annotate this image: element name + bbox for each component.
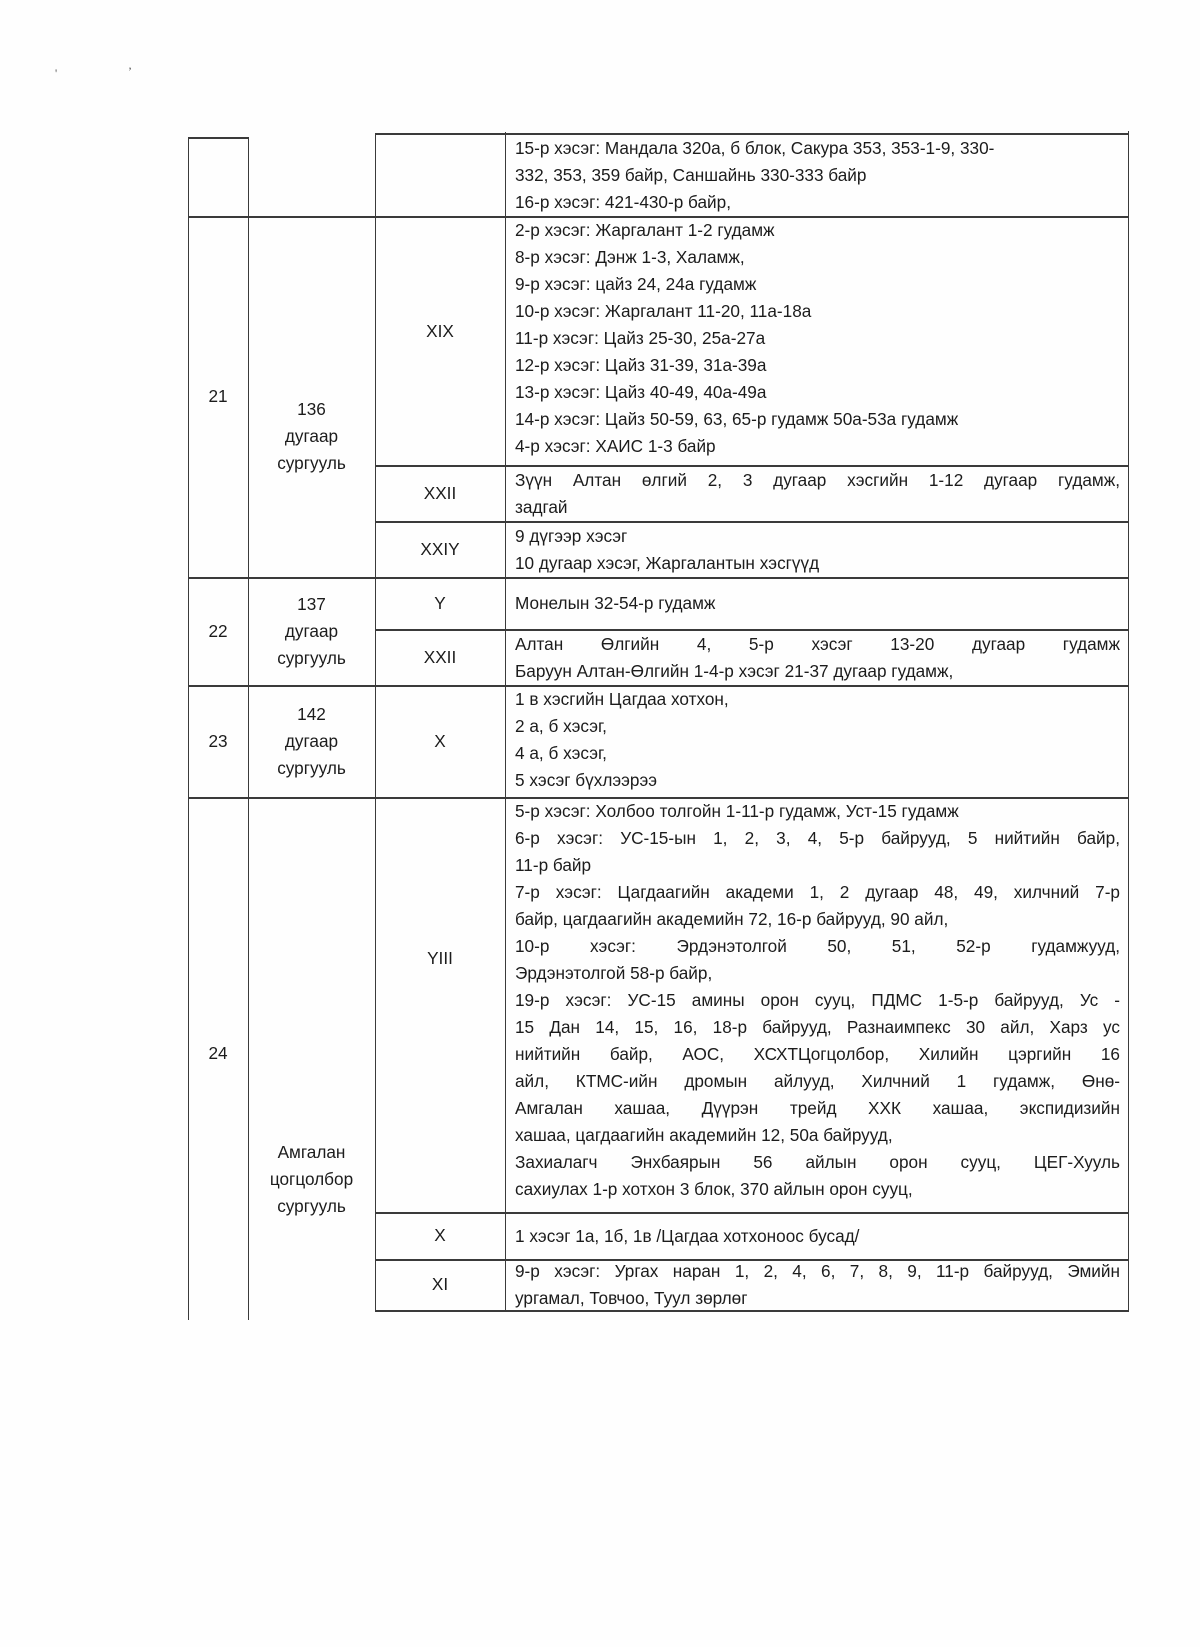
address-list-cell: Монелын 32-54-р гудамж [505, 577, 1128, 629]
zone-code: XXIY [420, 536, 459, 563]
address-line: 16-р хэсэг: 421-430-р байр, [515, 189, 1120, 216]
address-line: 11-р хэсэг: Цайз 25-30, 25а-27а [515, 325, 1120, 352]
address-line: Баруун Алтан-Өлгийн 1-4-р хэсэг 21-37 ду… [515, 658, 1120, 685]
address-line: Захиалагч Энхбаярын 56 айлын орон сууц, … [515, 1149, 1120, 1176]
row-number-cell: 24 [188, 797, 248, 1310]
address-line: нийтийн байр, АОС, ХСХТЦогцолбор, Хилийн… [515, 1041, 1120, 1068]
address-list-cell: 9-р хэсэг: Ургах наран 1, 2, 4, 6, 7, 8,… [505, 1259, 1128, 1310]
address-list-cell: 5-р хэсэг: Холбоо толгойн 1-11-р гудамж,… [505, 797, 1128, 1212]
address-line: 7-р хэсэг: Цагдаагийн академи 1, 2 дугаа… [515, 879, 1120, 906]
zone-code-cell: XIX [375, 216, 505, 465]
school-name-line: сургууль [277, 755, 346, 782]
scanned-document-page: ' ’ 15-р хэсэг: Мандала 320а, б блок, Са… [0, 0, 1200, 1647]
address-list-cell: 2-р хэсэг: Жаргалант 1-2 гудамж8-р хэсэг… [505, 216, 1128, 465]
address-line: 11-р байр [515, 852, 1120, 879]
zone-code: XI [432, 1271, 448, 1298]
zone-code: X [434, 728, 445, 755]
zone-code-cell: XXII [375, 465, 505, 521]
zone-code-cell: X [375, 1212, 505, 1259]
address-list-cell: Алтан Өлгийн 4, 5-р хэсэг 13-20 дугаар г… [505, 629, 1128, 685]
zone-code: XXII [424, 480, 456, 507]
address-line: задгай [515, 494, 1120, 521]
school-name-line: цогцолбор [270, 1166, 353, 1193]
zone-code-cell: XI [375, 1259, 505, 1310]
address-list-cell: 1 в хэсгийн Цагдаа хотхон,2 а, б хэсэг,4… [505, 685, 1128, 797]
zone-code: XIX [426, 318, 454, 345]
address-line: Амгалан хашаа, Дүүрэн трейд ХХК хашаа, э… [515, 1095, 1120, 1122]
address-line: ургамал, Товчоо, Туул зөрлөг [515, 1285, 1120, 1312]
address-line: 1 в хэсгийн Цагдаа хотхон, [515, 686, 1120, 713]
address-line: 2 а, б хэсэг, [515, 713, 1120, 740]
scan-artifact-mark: ' [55, 66, 57, 81]
school-name-line: сургууль [277, 1193, 346, 1220]
address-line: 13-р хэсэг: Цайз 40-49, 40а-49а [515, 379, 1120, 406]
zone-code: Y [434, 590, 445, 617]
address-line: 6-р хэсэг: УС-15-ын 1, 2, 3, 4, 5-р байр… [515, 825, 1120, 852]
address-list-cell: 15-р хэсэг: Мандала 320а, б блок, Сакура… [505, 134, 1128, 216]
scan-artifact-mark: ’ [128, 64, 132, 79]
address-line: сахиулах 1-р хотхон 3 блок, 370 айлын ор… [515, 1176, 1120, 1203]
address-list-cell: 1 хэсэг 1а, 1б, 1в /Цагдаа хотхоноос бус… [505, 1212, 1128, 1259]
address-line: 4 а, б хэсэг, [515, 740, 1120, 767]
school-name-line: дугаар [285, 618, 338, 645]
address-line: 15 Дан 14, 15, 16, 18-р байрууд, Разнаим… [515, 1014, 1120, 1041]
address-line: 10 дугаар хэсэг, Жаргалантын хэсгүүд [515, 550, 1120, 577]
table-border-bottom [375, 1310, 1129, 1312]
address-line: айл, КТМС-ийн дромын айлууд, Хилчний 1 г… [515, 1068, 1120, 1095]
school-name-line: дугаар [285, 423, 338, 450]
address-list-cell: Зүүн Алтан өлгий 2, 3 дугаар хэсгийн 1-1… [505, 465, 1128, 521]
school-name-line: сургууль [277, 450, 346, 477]
address-line: Монелын 32-54-р гудамж [515, 590, 1120, 617]
address-line: 2-р хэсэг: Жаргалант 1-2 гудамж [515, 217, 1120, 244]
row-number: 22 [208, 618, 227, 645]
school-name-cell: 142дугаарсургууль [248, 685, 375, 797]
row-border [188, 137, 248, 139]
school-name-cell: 137дугаарсургууль [248, 577, 375, 685]
school-name-cell: Амгаланцогцолборсургууль [248, 797, 375, 1310]
address-line: 4-р хэсэг: ХАИС 1-3 байр [515, 433, 1120, 460]
zone-code: X [434, 1222, 445, 1249]
table-border-right [1128, 131, 1129, 1311]
address-list-cell: 9 дүгээр хэсэг10 дугаар хэсэг, Жаргалант… [505, 521, 1128, 577]
address-line: 14-р хэсэг: Цайз 50-59, 63, 65-р гудамж … [515, 406, 1120, 433]
row-number-cell: 23 [188, 685, 248, 797]
address-line: 8-р хэсэг: Дэнж 1-3, Халамж, [515, 244, 1120, 271]
address-line: 5 хэсэг бүхлээрээ [515, 767, 1120, 794]
school-name-line: сургууль [277, 645, 346, 672]
row-number-cell: 21 [188, 216, 248, 577]
address-line: Зүүн Алтан өлгий 2, 3 дугаар хэсгийн 1-1… [515, 467, 1120, 494]
school-name-line: Амгалан [278, 1139, 346, 1166]
address-line: 9-р хэсэг: цайз 24, 24а гудамж [515, 271, 1120, 298]
address-line: 12-р хэсэг: Цайз 31-39, 31а-39а [515, 352, 1120, 379]
address-line: Алтан Өлгийн 4, 5-р хэсэг 13-20 дугаар г… [515, 631, 1120, 658]
zone-code: XXII [424, 644, 456, 671]
row-number: 23 [208, 728, 227, 755]
address-line: 15-р хэсэг: Мандала 320а, б блок, Сакура… [515, 135, 1120, 162]
address-line: 19-р хэсэг: УС-15 амины орон сууц, ПДМС … [515, 987, 1120, 1014]
address-line: 1 хэсэг 1а, 1б, 1в /Цагдаа хотхоноос бус… [515, 1223, 1120, 1250]
school-name-line: 137 [297, 591, 326, 618]
zone-code-cell: X [375, 685, 505, 797]
address-line: 9-р хэсэг: Ургах наран 1, 2, 4, 6, 7, 8,… [515, 1258, 1120, 1285]
school-name-cell: 136дугаарсургууль [248, 256, 375, 617]
zone-code-cell: XXII [375, 629, 505, 685]
zone-code: YIII [427, 945, 453, 972]
school-name-line: 136 [297, 396, 326, 423]
address-line: 10-р хэсэг: Жаргалант 11-20, 11а-18а [515, 298, 1120, 325]
address-line: Эрдэнэтолгой 58-р байр, [515, 960, 1120, 987]
address-line: 10-р хэсэг: Эрдэнэтолгой 50, 51, 52-р гу… [515, 933, 1120, 960]
address-line: байр, цагдаагийн академийн 72, 16-р байр… [515, 906, 1120, 933]
address-line: 9 дүгээр хэсэг [515, 523, 1120, 550]
row-number: 24 [208, 1040, 227, 1067]
zone-code-cell: YIII [375, 797, 505, 1212]
school-name-line: 142 [297, 701, 326, 728]
address-line: 332, 353, 359 байр, Саншайнь 330-333 бай… [515, 162, 1120, 189]
zone-code-cell: XXIY [375, 521, 505, 577]
row-number-cell: 22 [188, 577, 248, 685]
school-name-line: дугаар [285, 728, 338, 755]
row-number: 21 [208, 383, 227, 410]
address-line: хашаа, цагдаагийн академийн 12, 50а байр… [515, 1122, 1120, 1149]
address-line: 5-р хэсэг: Холбоо толгойн 1-11-р гудамж,… [515, 798, 1120, 825]
zone-code-cell: Y [375, 577, 505, 629]
